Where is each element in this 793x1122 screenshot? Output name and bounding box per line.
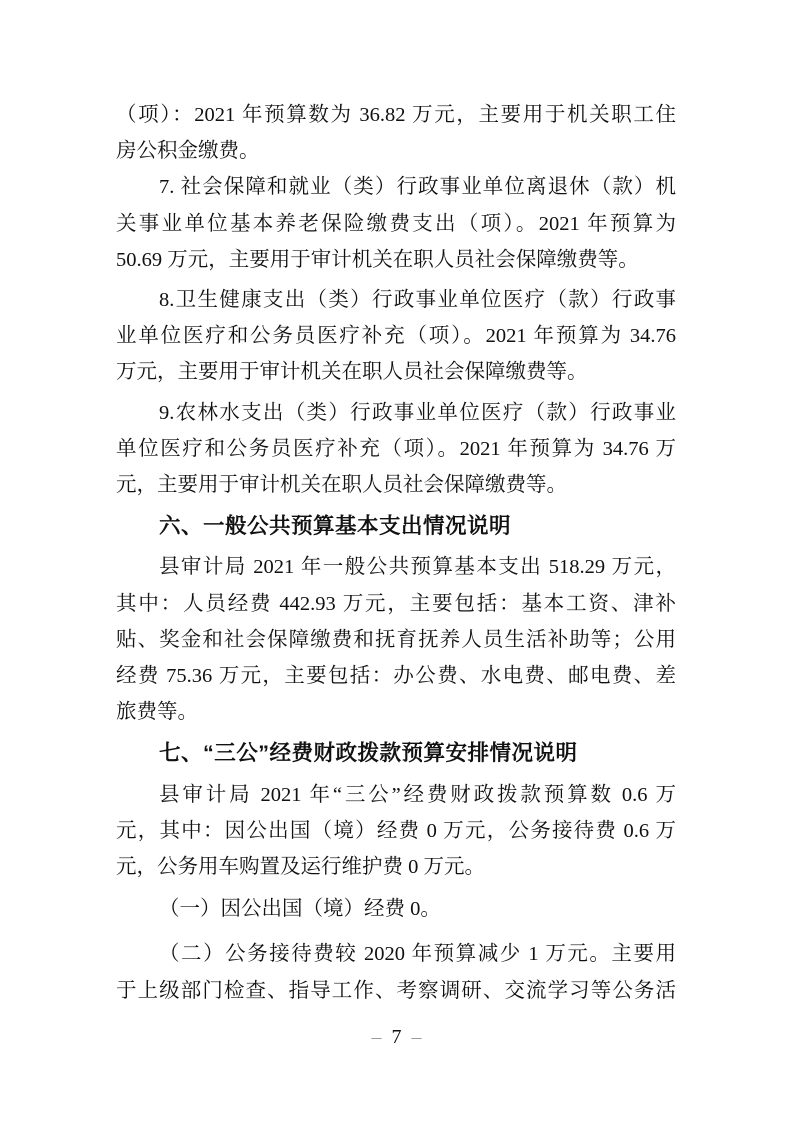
document-body: （项）：2021 年预算数为 36.82 万元，主要用于机关职工住 房公积金缴费… bbox=[116, 97, 676, 1009]
document-page: （项）：2021 年预算数为 36.82 万元，主要用于机关职工住 房公积金缴费… bbox=[0, 0, 793, 1122]
text-line: 县审计局 2021 年“三公”经费财政拨款预算数 0.6 万 bbox=[116, 777, 676, 813]
page-number: 7 bbox=[392, 1026, 402, 1048]
text-line: 9.农林水支出（类）行政事业单位医疗（款）行政事业 bbox=[116, 395, 676, 431]
page-footer: –7– bbox=[0, 1024, 793, 1050]
text-line: 元，其中：因公出国（境）经费 0 万元，公务接待费 0.6 万 bbox=[116, 813, 676, 849]
text-line: 业单位医疗和公务员医疗补充（项）。2021 年预算为 34.76 bbox=[116, 318, 676, 354]
text-line: 经费 75.36 万元，主要包括：办公费、水电费、邮电费、差 bbox=[116, 658, 676, 694]
text-line: 7. 社会保障和就业（类）行政事业单位离退休（款）机 bbox=[116, 169, 676, 205]
text-line: 房公积金缴费。 bbox=[116, 133, 676, 169]
text-line: （一）因公出国（境）经费 0。 bbox=[116, 891, 676, 927]
text-line: 元，主要用于审计机关在职人员社会保障缴费等。 bbox=[116, 467, 676, 503]
text-line: 其中：人员经费 442.93 万元，主要包括：基本工资、津补 bbox=[116, 586, 676, 622]
section-heading: 七、“三公”经费财政拨款预算安排情况说明 bbox=[116, 735, 676, 771]
footer-dash: – bbox=[402, 1026, 432, 1048]
text-line: 县审计局 2021 年一般公共预算基本支出 518.29 万元， bbox=[116, 549, 676, 585]
text-line: 8.卫生健康支出（类）行政事业单位医疗（款）行政事 bbox=[116, 282, 676, 318]
text-line: 贴、奖金和社会保障缴费和抚育抚养人员生活补助等；公用 bbox=[116, 622, 676, 658]
text-line: 元，公务用车购置及运行维护费 0 万元。 bbox=[116, 849, 676, 885]
text-line: 50.69 万元，主要用于审计机关在职人员社会保障缴费等。 bbox=[116, 242, 676, 278]
section-heading: 六、一般公共预算基本支出情况说明 bbox=[116, 508, 676, 544]
text-line: 单位医疗和公务员医疗补充（项）。2021 年预算为 34.76 万 bbox=[116, 431, 676, 467]
text-line: 旅费等。 bbox=[116, 694, 676, 730]
text-line: 于上级部门检查、指导工作、考察调研、交流学习等公务活 bbox=[116, 973, 676, 1009]
text-line: （二）公务接待费较 2020 年预算减少 1 万元。主要用 bbox=[116, 936, 676, 972]
footer-dash: – bbox=[362, 1026, 392, 1048]
text-line: （项）：2021 年预算数为 36.82 万元，主要用于机关职工住 bbox=[116, 97, 676, 133]
text-line: 万元，主要用于审计机关在职人员社会保障缴费等。 bbox=[116, 354, 676, 390]
text-line: 关事业单位基本养老保险缴费支出（项）。2021 年预算为 bbox=[116, 206, 676, 242]
